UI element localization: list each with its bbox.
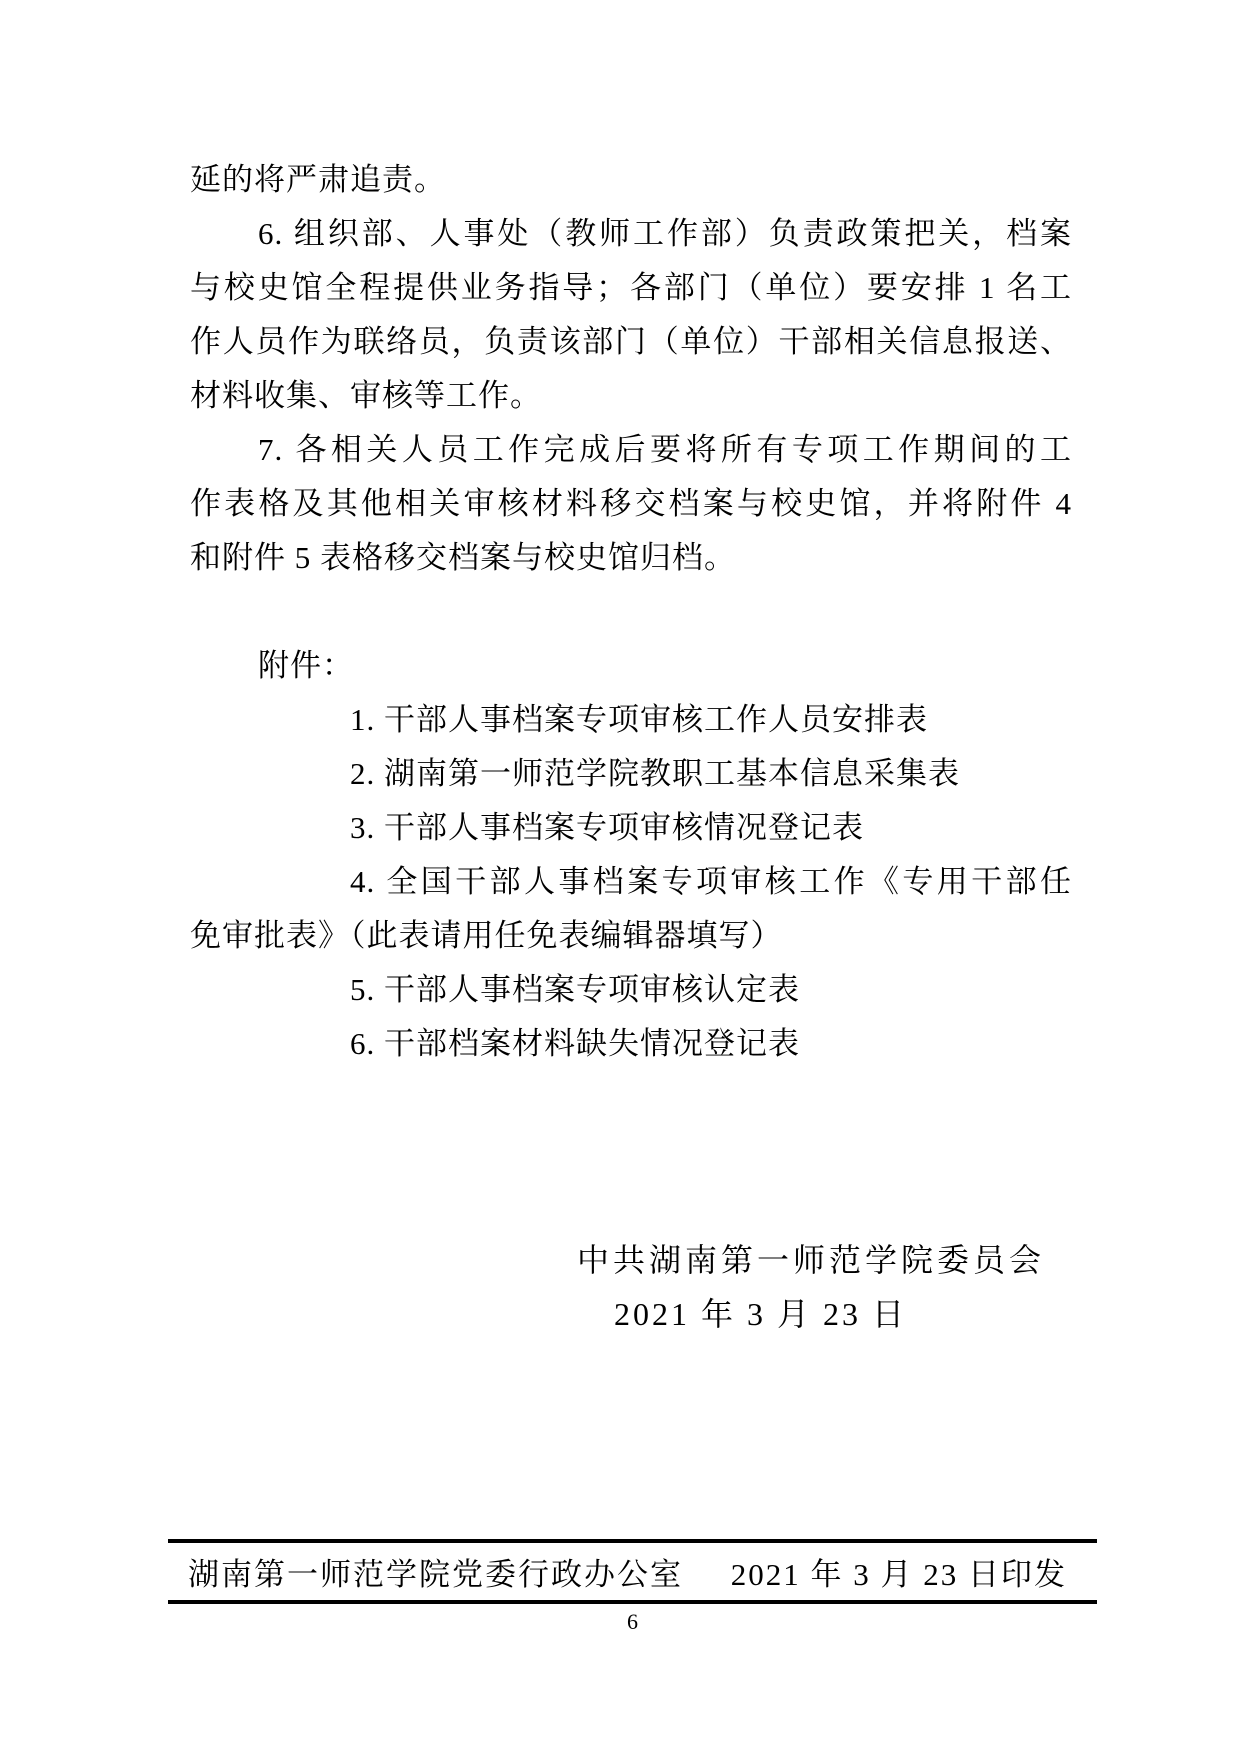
- attachment-line: 免审批表》（此表请用任免表编辑器填写）: [190, 909, 1072, 963]
- footer-issuer: 湖南第一师范学院党委行政办公室: [188, 1549, 683, 1594]
- attachment-line: 5. 干部人事档案专项审核认定表: [190, 963, 1072, 1017]
- attachment-line: 2. 湖南第一师范学院教职工基本信息采集表: [190, 747, 1072, 801]
- signature-date: 2021 年 3 月 23 日: [190, 1287, 1072, 1341]
- blank-line: [190, 1125, 1072, 1179]
- body-line: 7. 各相关人员工作完成后要将所有专项工作期间的工: [190, 423, 1072, 477]
- body-line: 延的将严肃追责。: [190, 153, 1072, 207]
- footer-bar: 湖南第一师范学院党委行政办公室 2021 年 3 月 23 日印发: [168, 1539, 1097, 1604]
- body-line: 与校史馆全程提供业务指导；各部门（单位）要安排 1 名工: [190, 261, 1072, 315]
- blank-line: [190, 1179, 1072, 1233]
- body-line: 作人员作为联络员，负责该部门（单位）干部相关信息报送、: [190, 315, 1072, 369]
- blank-line: [190, 585, 1072, 639]
- body-line: 6. 组织部、人事处（教师工作部）负责政策把关，档案: [190, 207, 1072, 261]
- attachment-line: 1. 干部人事档案专项审核工作人员安排表: [190, 693, 1072, 747]
- body-line: 作表格及其他相关审核材料移交档案与校史馆，并将附件 4: [190, 477, 1072, 531]
- page-number: 6: [168, 1608, 1097, 1636]
- attachment-line: 3. 干部人事档案专项审核情况登记表: [190, 801, 1072, 855]
- attachment-line: 6. 干部档案材料缺失情况登记表: [190, 1017, 1072, 1071]
- body-line: 和附件 5 表格移交档案与校史馆归档。: [190, 531, 1072, 585]
- attachments-label: 附件：: [190, 639, 1072, 693]
- document-body: 延的将严肃追责。 6. 组织部、人事处（教师工作部）负责政策把关，档案 与校史馆…: [190, 153, 1072, 1341]
- body-line: 材料收集、审核等工作。: [190, 369, 1072, 423]
- attachment-line: 4. 全国干部人事档案专项审核工作《专用干部任: [190, 855, 1072, 909]
- signature-organization: 中共湖南第一师范学院委员会: [190, 1233, 1072, 1287]
- blank-line: [190, 1071, 1072, 1125]
- footer-print-date: 2021 年 3 月 23 日印发: [731, 1549, 1067, 1594]
- document-page: 延的将严肃追责。 6. 组织部、人事处（教师工作部）负责政策把关，档案 与校史馆…: [0, 0, 1241, 1755]
